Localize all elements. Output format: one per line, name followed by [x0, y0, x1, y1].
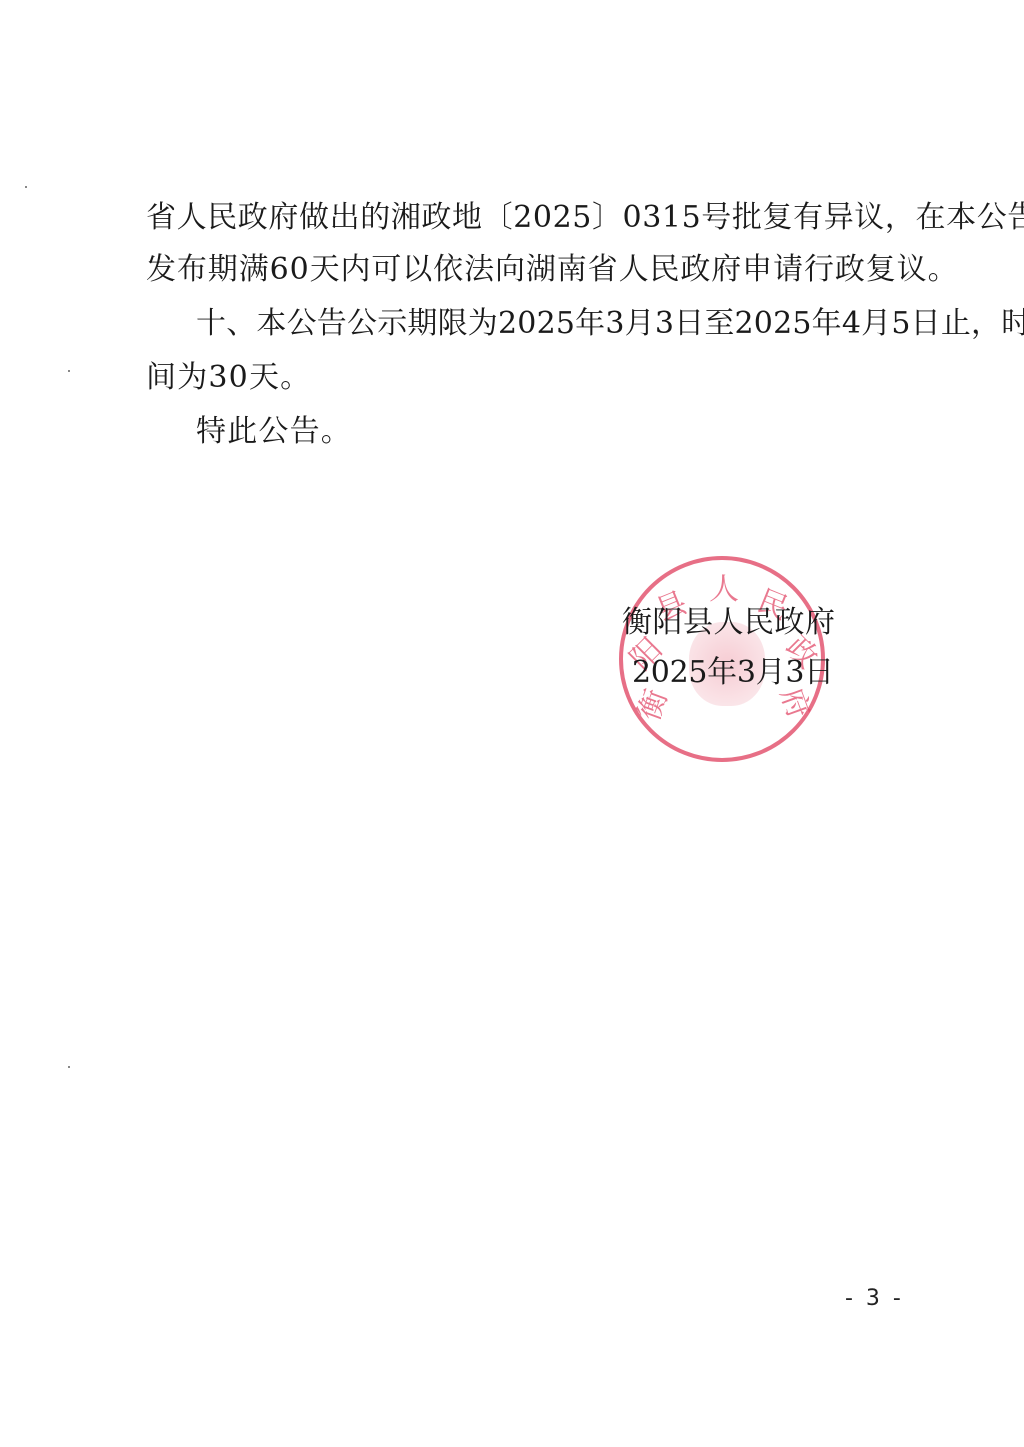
issuer-name: 衡阳县人民政府 [622, 605, 836, 641]
scan-speck [68, 370, 70, 372]
scan-speck [68, 1066, 70, 1068]
issue-date: 2025年3月3日 [632, 655, 834, 691]
paragraph-line-3: 十、本公告公示期限为2025年3月3日至2025年4月5日止，时 [196, 306, 1024, 342]
closing-line: 特此公告。 [196, 414, 352, 450]
paragraph-line-1: 省人民政府做出的湘政地〔2025〕0315号批复有异议，在本公告 [146, 200, 1024, 236]
paragraph-line-4: 间为30天。 [146, 360, 311, 396]
scan-speck [25, 186, 27, 188]
seal-char: 人 [709, 564, 739, 608]
page-number: - 3 - [845, 1286, 904, 1311]
document-page: 省人民政府做出的湘政地〔2025〕0315号批复有异议，在本公告 发布期满60天… [0, 0, 1024, 1447]
paragraph-line-2: 发布期满60天内可以依法向湖南省人民政府申请行政复议。 [146, 252, 958, 288]
